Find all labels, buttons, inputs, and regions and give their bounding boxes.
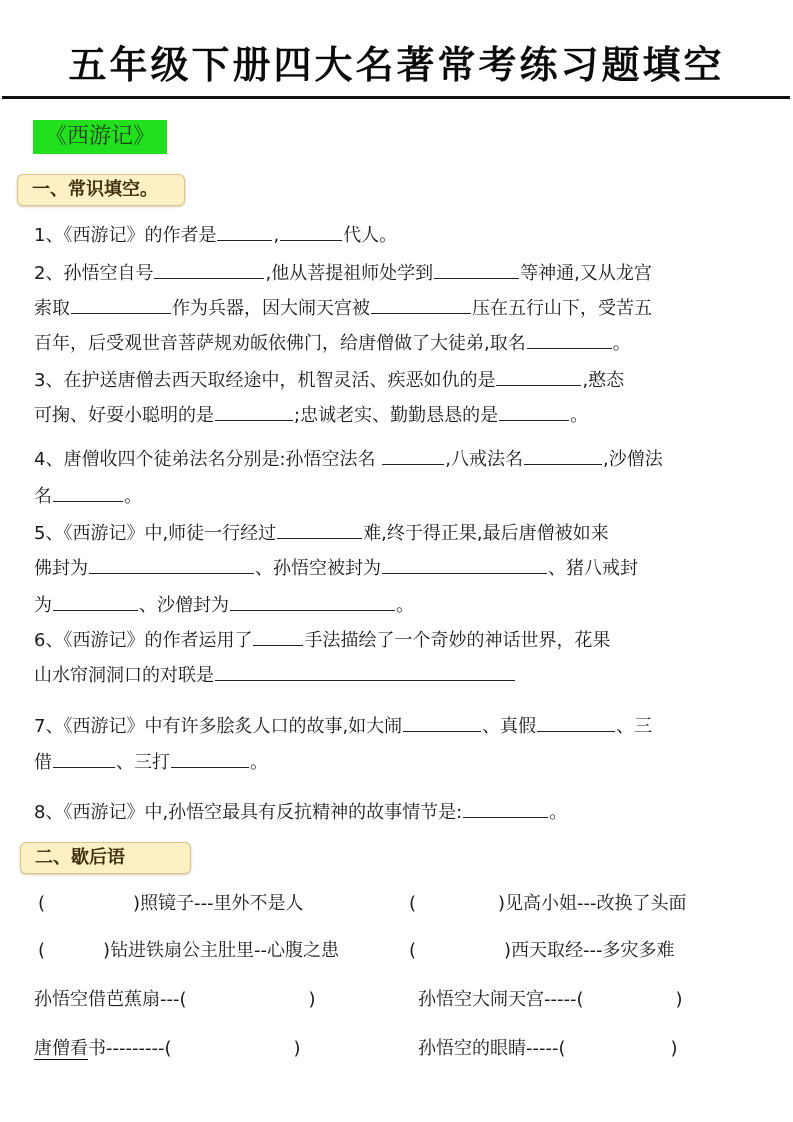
blank-story-1[interactable] <box>403 709 481 732</box>
question-4: 4、唐僧收四个徒弟法名分别是:孙悟空法名 ,八戒法名,沙僧法 <box>34 442 764 477</box>
blank-weapon[interactable] <box>71 291 171 314</box>
question-1: 1、《西游记》的作者是,代人。 <box>34 218 764 253</box>
question-8: 8、《西游记》中,孙悟空最具有反抗精神的故事情节是:。 <box>34 795 764 830</box>
blank-wukong-title[interactable] <box>382 551 547 574</box>
blank-story-4[interactable] <box>171 745 249 768</box>
blank-author[interactable] <box>217 218 272 241</box>
blank-self-title[interactable] <box>154 256 264 279</box>
question-3: 3、在护送唐僧去西天取经途中，机智灵活、疾恶如仇的是,憨态 <box>34 363 764 398</box>
question-6-line-2: 山水帘洞洞口的对联是 <box>34 658 764 693</box>
xiehouyu-item-8: 孙悟空的眼睛-----() <box>418 1034 678 1064</box>
title-divider <box>2 96 790 99</box>
book-tag-xiyouji: 《西游记》 <box>33 120 167 154</box>
blank-technique[interactable] <box>253 623 303 646</box>
blank-shaseng-title[interactable] <box>230 588 395 611</box>
blank-sha-seng-name[interactable] <box>53 479 123 502</box>
xiehouyu-item-7: 唐僧看书---------() <box>34 1034 301 1064</box>
xiehouyu-item-3: ()钻进铁扇公主肚里--心腹之患 <box>38 936 339 966</box>
section-heading-xiehouyu: 二、歇后语 <box>20 842 191 874</box>
blank-naive-disciple[interactable] <box>215 398 293 421</box>
blank-honest-disciple[interactable] <box>499 398 569 421</box>
blank-bajie-title[interactable] <box>53 588 138 611</box>
blank-dharma-name[interactable] <box>527 326 612 349</box>
blank-tangseng-title[interactable] <box>89 551 254 574</box>
xiehouyu-item-2: ()见高小姐---改换了头面 <box>409 889 687 919</box>
page-title: 五年级下册四大名著常考练习题填空 <box>0 40 793 90</box>
blank-rebellion-story[interactable] <box>463 795 548 818</box>
blank-wukong-name[interactable] <box>382 442 444 465</box>
question-5-line-3: 为、沙僧封为。 <box>34 588 764 623</box>
question-6: 6、《西游记》的作者运用了手法描绘了一个奇妙的神话世界，花果 <box>34 623 764 658</box>
xiehouyu-item-1: ()照镜子---里外不是人 <box>38 889 304 919</box>
blank-trials-count[interactable] <box>277 516 362 539</box>
xiehouyu-item-4: ()西天取经---多灾多难 <box>409 936 675 966</box>
question-2-line-2: 索取作为兵器，因大闹天宫被压在五行山下，受苦五 <box>34 291 764 326</box>
xiehouyu-item-5: 孙悟空借芭蕉扇---() <box>34 985 316 1015</box>
blank-couplet[interactable] <box>215 658 515 681</box>
blank-clever-disciple[interactable] <box>496 363 581 386</box>
question-5-line-2: 佛封为、孙悟空被封为、猪八戒封 <box>34 551 764 586</box>
blank-dynasty[interactable] <box>280 218 342 241</box>
question-7-line-2: 借、三打。 <box>34 745 764 780</box>
question-5: 5、《西游记》中,师徒一行经过难,终于得正果,最后唐僧被如来 <box>34 516 764 551</box>
question-2: 2、孙悟空自号,他从菩提祖师处学到等神通,又从龙宫 <box>34 256 764 291</box>
blank-skills[interactable] <box>434 256 519 279</box>
question-7: 7、《西游记》中有许多脍炙人口的故事,如大闹、真假、三 <box>34 709 764 744</box>
blank-story-2[interactable] <box>537 709 615 732</box>
question-4-line-2: 名。 <box>34 479 764 514</box>
xiehouyu-item-6: 孙悟空大闹天宫-----() <box>418 985 683 1015</box>
blank-bajie-name[interactable] <box>524 442 602 465</box>
section-heading-common-knowledge: 一、常识填空。 <box>17 174 185 206</box>
blank-suppressor[interactable] <box>371 291 471 314</box>
question-2-line-3: 百年，后受观世音菩萨规劝皈依佛门，给唐僧做了大徒弟,取名。 <box>34 326 764 361</box>
blank-story-3[interactable] <box>53 745 115 768</box>
question-3-line-2: 可掬、好耍小聪明的是;忠诚老实、勤勤恳恳的是。 <box>34 398 764 433</box>
